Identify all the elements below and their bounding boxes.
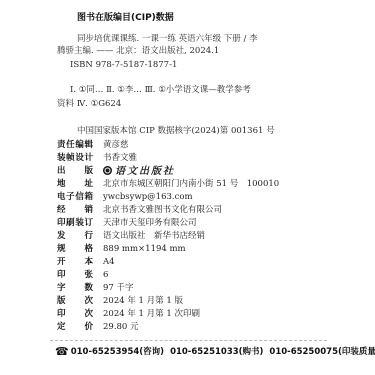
colophon-label: 规格 <box>57 243 93 256</box>
colophon-label: 发行 <box>57 230 93 243</box>
colophon-table: 责任编辑黄彦慈装帧设计书香文雅出版语文出版社地址北京市东城区朝阳门内南小街 51… <box>57 139 325 334</box>
colophon-value: 29.80 元 <box>103 322 139 332</box>
colophon-label: 出版 <box>57 165 93 178</box>
publisher-logo-icon <box>103 166 112 175</box>
copyright-page: 图书在版编目(CIP)数据 同步培优课课练. 一课一练 英语六年级 下册 / 李… <box>0 0 375 375</box>
colophon-row: 责任编辑黄彦慈 <box>57 139 325 152</box>
colophon-label: 印刷装订 <box>57 217 93 230</box>
colophon-row: 地址北京市东城区朝阳门内南小街 51 号 100010 <box>57 178 325 191</box>
colophon-label: 版次 <box>57 295 93 308</box>
colophon-value: 语文出版社 <box>103 167 175 177</box>
colophon-value: 北京书香文雅图书文化有限公司 <box>103 205 222 215</box>
footer-phone-line: ☎010-65253954(咨询)010-65251033(购书)010-652… <box>55 346 327 358</box>
colophon-value: A4 <box>103 257 115 267</box>
colophon-label: 字数 <box>57 282 93 295</box>
colophon-row: 印刷装订天津市天玺印务有限公司 <box>57 217 325 230</box>
phone-quality: 010-65250075(印装质量) <box>269 347 375 357</box>
dashed-divider <box>50 340 327 341</box>
cip-classification-line2: 资料 Ⅳ. ①G624 <box>57 98 325 111</box>
colophon-label: 印次 <box>57 308 93 321</box>
colophon-row: 经销北京书香文雅图书文化有限公司 <box>57 204 325 217</box>
colophon-value: 语文出版社 新华书店经销 <box>103 231 205 241</box>
colophon-label: 责任编辑 <box>57 139 93 152</box>
colophon-label: 地址 <box>57 178 93 191</box>
colophon-row: 字数97 千字 <box>57 282 325 295</box>
cip-record-number: 中国国家版本馆 CIP 数据核字(2024)第 001361 号 <box>77 125 325 138</box>
colophon-label: 装帧设计 <box>57 152 93 165</box>
colophon-value: 889 mm×1194 mm <box>103 244 186 254</box>
colophon-value: ywcbsywp@163.com <box>103 192 193 202</box>
cip-block: 图书在版编目(CIP)数据 同步培优课课练. 一课一练 英语六年级 下册 / 李… <box>57 12 325 138</box>
cip-heading: 图书在版编目(CIP)数据 <box>77 12 325 25</box>
colophon-row: 电子信箱ywcbsywp@163.com <box>57 191 325 204</box>
colophon-label: 印张 <box>57 269 93 282</box>
colophon-label: 开本 <box>57 256 93 269</box>
colophon-row: 版次2024 年 1 月第 1 版 <box>57 295 325 308</box>
colophon-row: 装帧设计书香文雅 <box>57 152 325 165</box>
colophon-row: 开本A4 <box>57 256 325 269</box>
cip-classification-line1: Ⅰ. ①同… Ⅱ. ①李… Ⅲ. ①小学语文课—教学参考 <box>70 84 325 97</box>
colophon-row: 印张6 <box>57 269 325 282</box>
colophon-value: 2024 年 1 月第 1 版 <box>103 296 183 306</box>
cip-isbn: ISBN 978-7-5187-1877-1 <box>70 59 325 72</box>
phone-consult: 010-65253954(咨询) <box>71 347 164 357</box>
colophon-row: 印次2024 年 1 月第 1 次印刷 <box>57 308 325 321</box>
publisher-script-name: 语文出版社 <box>115 166 175 177</box>
colophon-label: 定价 <box>57 321 93 334</box>
cip-title-line1: 同步培优课课练. 一课一练 英语六年级 下册 / 李 <box>57 33 325 46</box>
colophon-value: 6 <box>103 270 108 280</box>
colophon-value: 97 千字 <box>103 283 134 293</box>
colophon-row: 规格889 mm×1194 mm <box>57 243 325 256</box>
colophon-row: 发行语文出版社 新华书店经销 <box>57 230 325 243</box>
colophon-row: 定价29.80 元 <box>57 321 325 334</box>
cip-title-line2: 腾骄主编. —— 北京：语文出版社, 2024.1 <box>57 45 325 58</box>
colophon-value: 黄彦慈 <box>103 140 129 150</box>
colophon-value: 书香文雅 <box>103 153 137 163</box>
colophon-label: 经销 <box>57 204 93 217</box>
phone-icon: ☎ <box>55 345 69 358</box>
colophon-label: 电子信箱 <box>57 191 93 204</box>
colophon-row: 出版语文出版社 <box>57 165 325 178</box>
phone-purchase: 010-65251033(购书) <box>170 347 263 357</box>
colophon-value: 北京市东城区朝阳门内南小街 51 号 100010 <box>103 179 279 189</box>
colophon-value: 天津市天玺印务有限公司 <box>103 218 197 228</box>
colophon-value: 2024 年 1 月第 1 次印刷 <box>103 309 200 319</box>
